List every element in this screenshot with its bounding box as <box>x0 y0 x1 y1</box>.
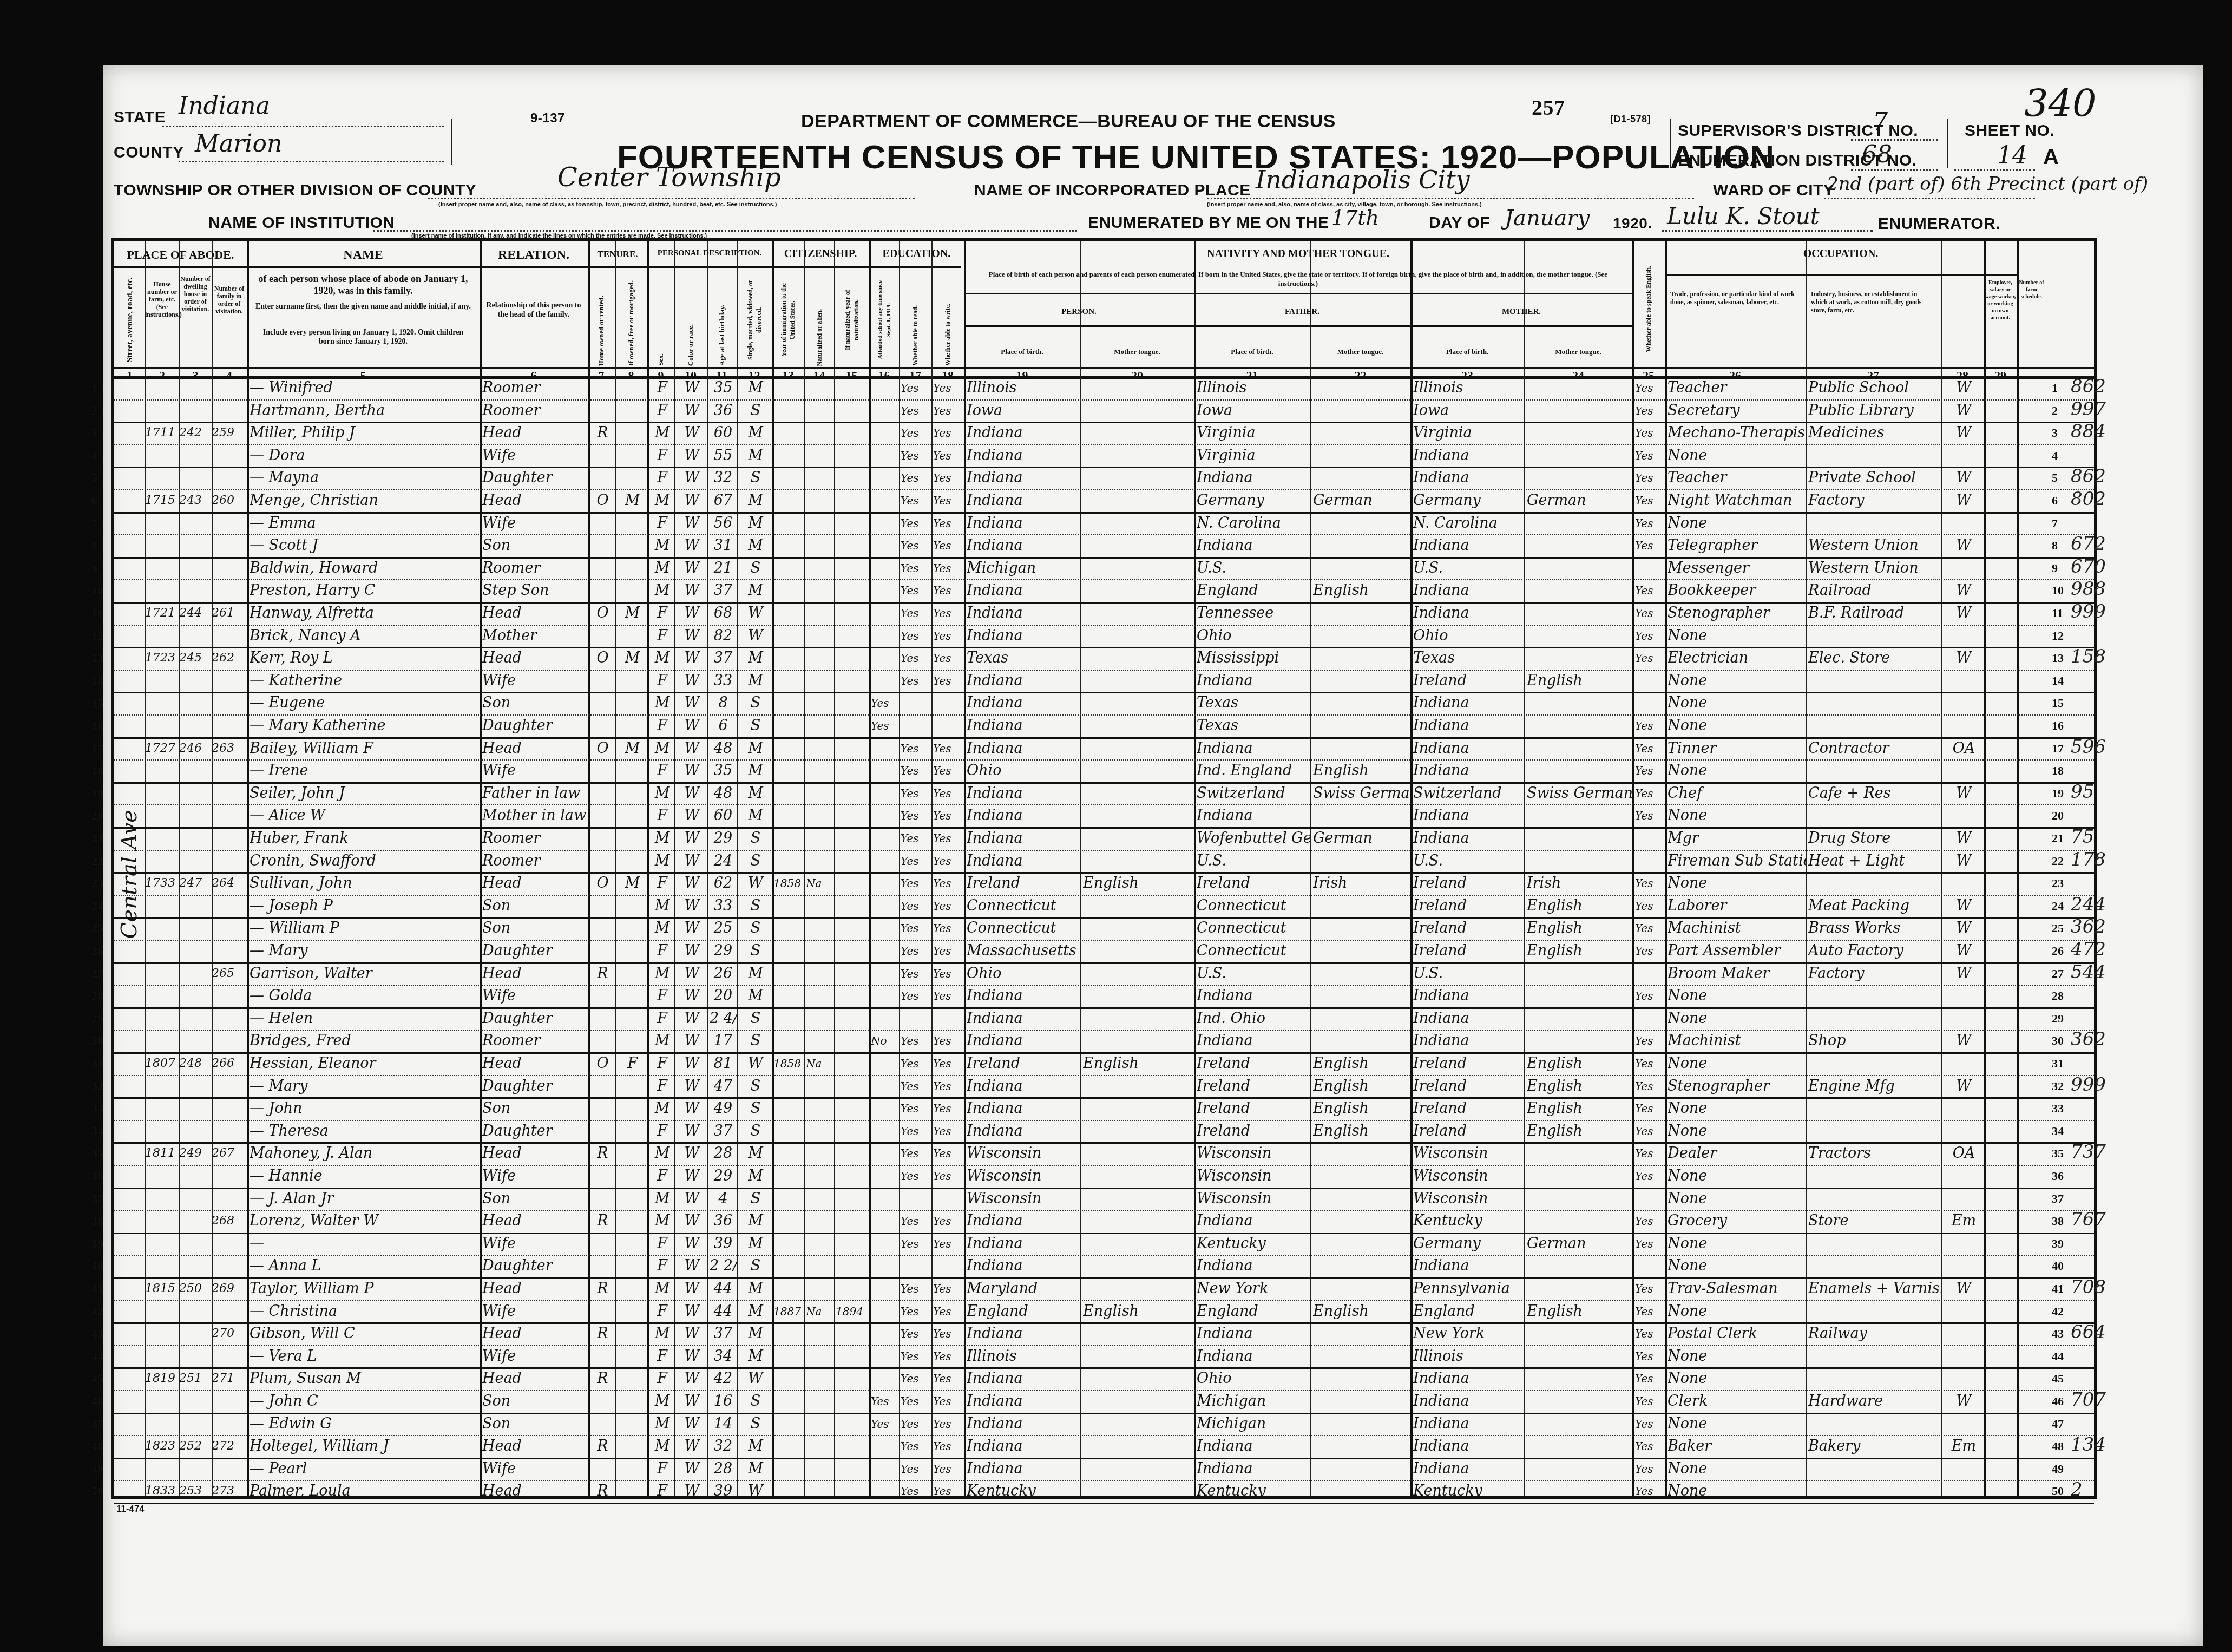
cell-relation: Head <box>482 490 588 511</box>
cell-industry: Brass Works <box>1808 918 1941 939</box>
cell-f-pob: Switzerland <box>1197 783 1310 804</box>
cell-class <box>1944 986 1984 1006</box>
cell-tongue <box>1083 1189 1194 1209</box>
cell-read: Yes <box>901 603 931 624</box>
cell-industry <box>1808 1368 1941 1389</box>
cell-dwelling: 244 <box>179 603 212 624</box>
cell-family <box>212 851 247 871</box>
cell-tongue <box>1083 1414 1194 1434</box>
cell-m-pob: Illinois <box>1413 378 1524 398</box>
occupation-code: 672 <box>2071 533 2106 555</box>
cell-natz <box>806 851 834 871</box>
cell-race: W <box>677 963 707 984</box>
occupation-code: 158 <box>2071 646 2106 667</box>
cell-sex: M <box>650 580 674 601</box>
cell-m-tongue: English <box>1527 1121 1632 1142</box>
cell-school <box>871 1234 899 1254</box>
table-row: — John CSonMW16SYesYesYesIndianaMichigan… <box>114 1390 2094 1414</box>
cell-natz: Na <box>806 873 834 894</box>
cell-write <box>933 1256 964 1276</box>
cell-trade: None <box>1668 1301 1806 1322</box>
cell-name: Garrison, Walter <box>250 963 480 984</box>
cell-owned <box>590 1346 615 1367</box>
table-row: — Edwin GSonMW14SYesYesYesIndianaMichiga… <box>114 1413 2094 1437</box>
cell-trade: None <box>1668 626 1806 646</box>
cell-sex: F <box>650 1459 674 1479</box>
cell-natz-year <box>836 986 869 1006</box>
cell-name: Seiler, John J <box>250 783 480 804</box>
table-row: — Mary KatherineDaughterFW6SYesIndianaTe… <box>114 714 2094 739</box>
cell-industry <box>1808 1301 1941 1322</box>
cell-marital: W <box>739 873 772 894</box>
cell-trade: None <box>1668 1414 1806 1434</box>
line-number: 32 <box>2052 1079 2064 1093</box>
cell-sex: F <box>650 513 674 534</box>
cell-read: Yes <box>901 445 931 466</box>
cell-tongue <box>1083 918 1194 939</box>
cell-m-pob: Ireland <box>1413 1053 1524 1074</box>
cell-race: W <box>677 423 707 443</box>
cell-sex: F <box>650 716 674 736</box>
line-number-left: 2 <box>91 404 97 418</box>
cell-class: W <box>1944 468 1984 488</box>
cell-family: 269 <box>212 1279 247 1299</box>
cell-owned: O <box>590 603 615 624</box>
cell-school <box>871 1323 899 1344</box>
col29-label: Number of farm schedule. <box>2017 279 2046 300</box>
cell-school <box>871 1481 899 1502</box>
occupation-code: 997 <box>2071 398 2106 420</box>
cell-sex: M <box>650 1211 674 1231</box>
cell-natz <box>806 941 834 961</box>
cell-age: 17 <box>710 1031 737 1051</box>
cell-f-pob: Indiana <box>1197 1211 1310 1231</box>
cell-sex: F <box>650 378 674 398</box>
cell-m-tongue: English <box>1527 671 1632 691</box>
cell-marital: M <box>739 1436 772 1457</box>
cell-f-pob: Ind. England <box>1197 761 1310 781</box>
line-number-left: 20 <box>91 809 103 823</box>
cell-name: — Irene <box>250 761 480 781</box>
cell-read: Yes <box>901 828 931 849</box>
cell-race: W <box>677 761 707 781</box>
cell-m-pob: Ireland <box>1413 1098 1524 1119</box>
cell-class: W <box>1944 1391 1984 1412</box>
cell-natz <box>806 986 834 1006</box>
cell-tongue <box>1083 558 1194 579</box>
cell-english: Yes <box>1635 918 1665 939</box>
enumeration-value: 68 <box>1862 141 1892 168</box>
table-row: — HannieWifeFW29MYesYesWisconsinWisconsi… <box>114 1165 2094 1189</box>
cell-pob: Indiana <box>967 1391 1080 1412</box>
cell-trade: None <box>1668 1346 1806 1367</box>
cell-race: W <box>677 401 707 421</box>
cell-f-pob: Indiana <box>1197 986 1310 1006</box>
cell-natz-year <box>836 873 869 894</box>
cell-house <box>145 783 179 804</box>
cell-dwelling <box>179 1256 212 1276</box>
cell-m-tongue <box>1527 1323 1632 1344</box>
cell-owned <box>590 761 615 781</box>
cell-pob: Iowa <box>967 401 1080 421</box>
cell-house <box>145 918 179 939</box>
cell-m-tongue <box>1527 648 1632 668</box>
cell-relation: Wife <box>482 1346 588 1367</box>
ward-value: 2nd (part of) 6th Precinct (part of) <box>1827 173 2148 195</box>
cell-marital: W <box>739 626 772 646</box>
cell-owned <box>590 1166 615 1186</box>
cell-race: W <box>677 873 707 894</box>
cell-natz-year <box>836 1076 869 1097</box>
cell-dwelling <box>179 896 212 916</box>
line-number: 10 <box>2052 584 2064 598</box>
cell-owned <box>590 828 615 849</box>
cell-m-tongue <box>1527 535 1632 556</box>
cell-pob: Ohio <box>967 761 1080 781</box>
cell-natz-year <box>836 693 869 713</box>
cell-f-tongue <box>1313 1414 1410 1434</box>
table-row: — IreneWifeFW35MYesYesOhioInd. EnglandEn… <box>114 759 2094 784</box>
cell-owned <box>590 1121 615 1142</box>
cell-write: Yes <box>933 873 964 894</box>
cell-trade: Clerk <box>1668 1391 1806 1412</box>
cell-farm <box>1987 1008 2017 1029</box>
cell-f-tongue <box>1313 1031 1410 1051</box>
cell-tongue <box>1083 1391 1194 1412</box>
cell-f-tongue: English <box>1313 1053 1410 1074</box>
cell-natz <box>806 918 834 939</box>
cell-write: Yes <box>933 896 964 916</box>
cell-sex: M <box>650 1323 674 1344</box>
line-number: 43 <box>2052 1327 2064 1341</box>
cell-farm <box>1987 873 2017 894</box>
table-row: 268Lorenz, Walter WHeadRMW36MYesYesIndia… <box>114 1210 2094 1234</box>
cell-immig <box>773 828 804 849</box>
cell-m-pob: Germany <box>1413 490 1524 511</box>
line-number: 28 <box>2052 989 2064 1003</box>
cell-f-tongue <box>1313 1211 1410 1231</box>
cell-industry: Engine Mfg <box>1808 1076 1941 1097</box>
cell-pob: Indiana <box>967 603 1080 624</box>
cell-trade: None <box>1668 805 1806 826</box>
header-mother: MOTHER. <box>1410 307 1632 317</box>
cell-age: 2 4/12 <box>710 1008 737 1029</box>
cell-m-pob: Indiana <box>1413 761 1524 781</box>
cell-f-tongue <box>1313 1166 1410 1186</box>
cell-immig <box>773 1121 804 1142</box>
cell-owned <box>590 1031 615 1051</box>
cell-natz <box>806 1143 834 1164</box>
cell-m-tongue <box>1527 626 1632 646</box>
cell-class: W <box>1944 378 1984 398</box>
cell-f-tongue <box>1313 1346 1410 1367</box>
cell-tongue <box>1083 1256 1194 1276</box>
line-number-left: 47 <box>91 1417 103 1431</box>
cell-industry <box>1808 1346 1941 1367</box>
cell-read: Yes <box>901 1143 931 1164</box>
cell-f-tongue <box>1313 1323 1410 1344</box>
institution-label: NAME OF INSTITUTION <box>208 214 395 232</box>
cell-immig <box>773 805 804 826</box>
cell-english: Yes <box>1635 1166 1665 1186</box>
cell-natz-year <box>836 558 869 579</box>
cell-class: W <box>1944 648 1984 668</box>
cell-family <box>212 828 247 849</box>
cell-class: Em <box>1944 1211 1984 1231</box>
col9-label: Sex. <box>657 353 665 366</box>
cell-natz <box>806 1368 834 1389</box>
cell-write: Yes <box>933 761 964 781</box>
cell-natz-year <box>836 1098 869 1119</box>
cell-trade: None <box>1668 986 1806 1006</box>
cell-owned <box>590 626 615 646</box>
cell-f-pob: Indiana <box>1197 671 1310 691</box>
line-number-left: 33 <box>91 1102 103 1116</box>
cell-mortgage <box>618 1211 647 1231</box>
cell-owned <box>590 805 615 826</box>
cell-industry <box>1808 1053 1941 1074</box>
line-number-left: 25 <box>91 921 103 935</box>
cell-name: Mahoney, J. Alan <box>250 1143 480 1164</box>
cell-class: W <box>1944 401 1984 421</box>
cell-pob: Indiana <box>967 1323 1080 1344</box>
cell-marital: M <box>739 1279 772 1299</box>
cell-write: Yes <box>933 626 964 646</box>
cell-english: Yes <box>1635 1459 1665 1479</box>
cell-relation: Head <box>482 1436 588 1457</box>
cell-english: Yes <box>1635 378 1665 398</box>
cell-dwelling <box>179 828 212 849</box>
cell-mortgage <box>618 1098 647 1119</box>
cell-house <box>145 1076 179 1097</box>
cell-trade: None <box>1668 445 1806 466</box>
cell-family: 273 <box>212 1481 247 1502</box>
cell-mortgage <box>618 1121 647 1142</box>
cell-dwelling: 243 <box>179 490 212 511</box>
cell-m-pob: Indiana <box>1413 1414 1524 1434</box>
cell-trade: Grocery <box>1668 1211 1806 1231</box>
line-number-left: 19 <box>91 786 103 801</box>
cell-trade: None <box>1668 1256 1806 1276</box>
cell-immig <box>773 1211 804 1231</box>
sheet-number: 14 <box>1997 142 2027 169</box>
cell-trade: Night Watchman <box>1668 490 1806 511</box>
cell-pob: Indiana <box>967 1008 1080 1029</box>
cell-natz-year <box>836 603 869 624</box>
cell-m-tongue <box>1527 558 1632 579</box>
cell-name: — Hannie <box>250 1166 480 1186</box>
cell-house <box>145 1121 179 1142</box>
table-row: 1807248266Hessian, EleanorHeadOFFW81W185… <box>114 1052 2094 1076</box>
cell-dwelling <box>179 535 212 556</box>
cell-mortgage <box>618 1414 647 1434</box>
cell-english: Yes <box>1635 716 1665 736</box>
cell-farm <box>1987 1323 2017 1344</box>
cell-tongue <box>1083 423 1194 443</box>
header-name-desc: of each person whose place of abode on J… <box>255 273 471 297</box>
cell-natz <box>806 1189 834 1209</box>
occupation-code: 362 <box>2071 916 2106 938</box>
cell-immig <box>773 1436 804 1457</box>
cell-mortgage <box>618 1166 647 1186</box>
cell-mortgage <box>618 805 647 826</box>
cell-farm <box>1987 1121 2017 1142</box>
cell-marital: M <box>739 963 772 984</box>
cell-sex: F <box>650 626 674 646</box>
cell-f-tongue: German <box>1313 490 1410 511</box>
cell-class <box>1944 1189 1984 1209</box>
cell-m-tongue <box>1527 1346 1632 1367</box>
cell-owned <box>590 468 615 488</box>
cell-natz <box>806 401 834 421</box>
cell-class <box>1944 671 1984 691</box>
cell-industry <box>1808 1459 1941 1479</box>
cell-m-tongue <box>1527 851 1632 871</box>
cell-industry: Store <box>1808 1211 1941 1231</box>
cell-natz-year <box>836 671 869 691</box>
cell-marital: M <box>739 1346 772 1367</box>
cell-house: 1727 <box>145 738 179 759</box>
cell-marital: S <box>739 1121 772 1142</box>
line-number: 17 <box>2052 742 2064 756</box>
col12-label: Single, married, widowed, or divorced. <box>746 274 763 366</box>
cell-immig <box>773 378 804 398</box>
cell-race: W <box>677 918 707 939</box>
cell-industry: Bakery <box>1808 1436 1941 1457</box>
cell-pob: Indiana <box>967 1098 1080 1119</box>
cell-f-tongue <box>1313 1391 1410 1412</box>
cell-name: — Pearl <box>250 1459 480 1479</box>
line-number: 39 <box>2052 1237 2064 1251</box>
cell-relation: Father in law <box>482 783 588 804</box>
cell-m-tongue: Irish <box>1527 873 1632 894</box>
cell-mortgage <box>618 468 647 488</box>
cell-marital: S <box>739 1008 772 1029</box>
cell-house <box>145 986 179 1006</box>
header-nativity-note: Place of birth of each person and parent… <box>975 270 1622 288</box>
occupation-code: 664 <box>2071 1321 2106 1343</box>
cell-mortgage <box>618 626 647 646</box>
cell-m-pob: Indiana <box>1413 1436 1524 1457</box>
cell-family <box>212 1098 247 1119</box>
cell-mortgage <box>618 828 647 849</box>
line-number-left: 11 <box>91 606 103 620</box>
cell-mortgage <box>618 1346 647 1367</box>
cell-relation: Son <box>482 1189 588 1209</box>
cell-trade: Chef <box>1668 783 1806 804</box>
cell-english: Yes <box>1635 1323 1665 1344</box>
cell-f-tongue <box>1313 603 1410 624</box>
enumerator-label: ENUMERATOR. <box>1878 215 2000 233</box>
cell-sex: F <box>650 1256 674 1276</box>
cell-race: W <box>677 468 707 488</box>
cell-name: Hessian, Eleanor <box>250 1053 480 1074</box>
cell-trade: Messenger <box>1668 558 1806 579</box>
cell-english: Yes <box>1635 626 1665 646</box>
cell-english: Yes <box>1635 738 1665 759</box>
cell-relation: Daughter <box>482 1121 588 1142</box>
cell-trade: None <box>1668 513 1806 534</box>
cell-age: 4 <box>710 1189 737 1209</box>
cell-class <box>1944 1301 1984 1322</box>
cell-english: Yes <box>1635 401 1665 421</box>
cell-immig <box>773 626 804 646</box>
cell-owned <box>590 1189 615 1209</box>
cell-mortgage <box>618 716 647 736</box>
cell-mortgage <box>618 378 647 398</box>
line-number-left: 37 <box>91 1192 103 1206</box>
cell-natz <box>806 738 834 759</box>
cell-english: Yes <box>1635 445 1665 466</box>
cell-age: 26 <box>710 963 737 984</box>
cell-industry <box>1808 805 1941 826</box>
cell-write: Yes <box>933 1166 964 1186</box>
cell-house <box>145 716 179 736</box>
cell-immig <box>773 580 804 601</box>
cell-m-tongue <box>1527 761 1632 781</box>
cell-dwelling <box>179 918 212 939</box>
cell-house <box>145 1346 179 1367</box>
cell-relation: Head <box>482 1279 588 1299</box>
occupation-code: 862 <box>2071 466 2106 487</box>
cell-industry <box>1808 1166 1941 1186</box>
cell-write: Yes <box>933 468 964 488</box>
cell-m-pob: Indiana <box>1413 445 1524 466</box>
line-number-left: 49 <box>91 1462 103 1476</box>
cell-english: Yes <box>1635 1436 1665 1457</box>
cell-family <box>212 986 247 1006</box>
cell-relation: Wife <box>482 986 588 1006</box>
cell-race: W <box>677 626 707 646</box>
cell-natz <box>806 1391 834 1412</box>
cell-m-tongue: German <box>1527 1234 1632 1254</box>
cell-write: Yes <box>933 648 964 668</box>
cell-pob: Massachusetts <box>967 941 1080 961</box>
cell-m-tongue: English <box>1527 1301 1632 1322</box>
cell-class <box>1944 1098 1984 1119</box>
cell-mortgage <box>618 1436 647 1457</box>
cell-industry <box>1808 873 1941 894</box>
cell-natz-year <box>836 580 869 601</box>
cell-family <box>212 626 247 646</box>
cell-english: Yes <box>1635 1031 1665 1051</box>
cell-write: Yes <box>933 1143 964 1164</box>
cell-natz <box>806 513 834 534</box>
occupation-code: 708 <box>2071 1276 2106 1298</box>
table-row: — ChristinaWifeFW44M1887Na1894YesYesEngl… <box>114 1300 2094 1325</box>
cell-m-tongue: English <box>1527 896 1632 916</box>
cell-sex: F <box>650 805 674 826</box>
cell-class <box>1944 1234 1984 1254</box>
cell-f-pob: Ireland <box>1197 1076 1310 1097</box>
cell-family <box>212 805 247 826</box>
cell-industry <box>1808 513 1941 534</box>
cell-sex: F <box>650 1368 674 1389</box>
cell-m-tongue: English <box>1527 1076 1632 1097</box>
table-row: — J. Alan JrSonMW4SWisconsinWisconsinWis… <box>114 1188 2094 1211</box>
cell-school <box>871 626 899 646</box>
cell-tongue <box>1083 648 1194 668</box>
line-number-left: 1 <box>91 381 97 395</box>
cell-m-tongue: English <box>1527 918 1632 939</box>
cell-industry <box>1808 1008 1941 1029</box>
cell-age: 48 <box>710 738 737 759</box>
line-number-left: 21 <box>91 831 103 845</box>
cell-family <box>212 468 247 488</box>
cell-read: Yes <box>901 1076 931 1097</box>
table-row: — HelenDaughterFW2 4/12SIndianaInd. Ohio… <box>114 1007 2094 1031</box>
cell-natz-year <box>836 1414 869 1434</box>
